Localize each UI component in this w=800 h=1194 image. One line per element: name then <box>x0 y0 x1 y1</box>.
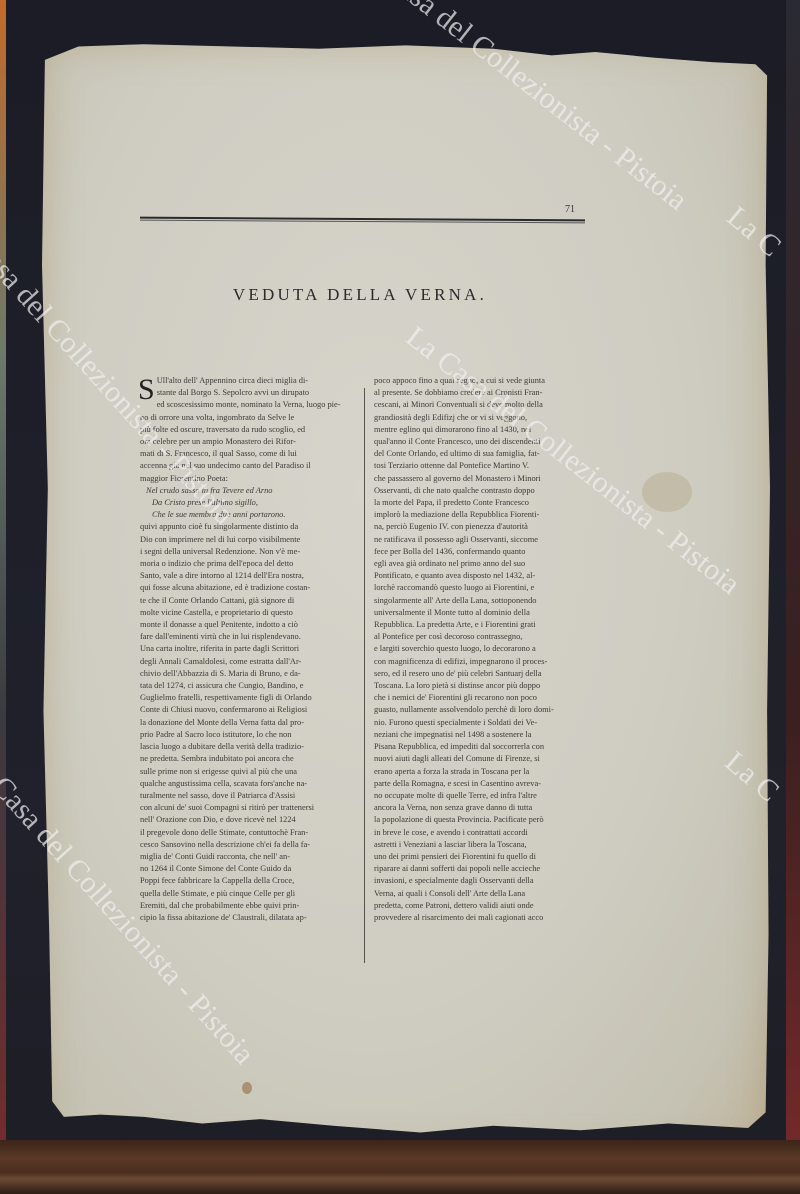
paper-stain <box>242 1082 252 1094</box>
left-edge-strip <box>0 0 6 1194</box>
paper-stain <box>642 472 692 512</box>
text-line: singolarmente all' Arte della Lana, sott… <box>374 595 589 607</box>
text-line: Che le sue membra due anni portarono. <box>140 509 360 521</box>
right-column-lines: poco appoco fino a qual segno, a cui si … <box>374 375 589 924</box>
text-line: Dio con imprimere nel di lui corpo visib… <box>140 534 360 546</box>
text-line: uno dei primi pensieri dei Fiorentini fu… <box>374 851 589 863</box>
text-line: Pontificato, e quanto avea disposto nel … <box>374 570 589 582</box>
text-line: quella delle Stimate, e più cinque Celle… <box>140 888 360 900</box>
text-line: monte il donasse a quel Penitente, indot… <box>140 619 360 631</box>
text-line: Nel crudo sasso in fra Tevere ed Arno <box>140 485 360 497</box>
text-line: na, perciò Eugenio IV. con pienezza d'au… <box>374 521 589 533</box>
text-line: tata del 1274, ci assicura che Cungio, B… <box>140 680 360 692</box>
text-line: ne ratificava il possesso agli Osservant… <box>374 534 589 546</box>
text-line: con alcuni de' suoi Compagni si ritirò p… <box>140 802 360 814</box>
text-line: ancora la Verna, non senza grave danno d… <box>374 802 589 814</box>
text-line: ed scoscesissimo monte, nominato la Vern… <box>157 399 360 411</box>
text-line: implorò la mediazione della Repubblica F… <box>374 509 589 521</box>
text-line: grandiosità degli Edifizj che or vi si v… <box>374 412 589 424</box>
page-number: 71 <box>565 204 575 215</box>
text-line: predetta, come Patroni, dettero validi a… <box>374 900 589 912</box>
text-line: erano aperta a forza la strada in Toscan… <box>374 766 589 778</box>
text-line: nell' Orazione con Dio, e dove ricevè ne… <box>140 814 360 826</box>
text-line: provvedere al risarcimento dei mali cagi… <box>374 912 589 924</box>
text-line: parte della Romagna, e scesi in Casentin… <box>374 778 589 790</box>
text-line: stante dal Borgo S. Sepolcro avvi un dir… <box>157 387 360 399</box>
left-column-lines: Ull'alto dell' Appennino circa dieci mig… <box>140 375 360 924</box>
text-line: Repubblica. La predetta Arte, e i Fioren… <box>374 619 589 631</box>
text-line: guasto, nullamente assolvendolo perchè d… <box>374 704 589 716</box>
text-line: cesco Sansovino nella descrizione ch'ei … <box>140 839 360 851</box>
text-line: no di orrore una volta, ingombrato da Se… <box>140 412 360 424</box>
text-line: Osservanti, di che nato qualche contrast… <box>374 485 589 497</box>
text-line: sulle prime non si erigesse quivi al più… <box>140 766 360 778</box>
text-line: mati di S. Francesco, il qual Sasso, com… <box>140 448 360 460</box>
column-divider <box>364 388 365 963</box>
wooden-frame-bottom <box>0 1140 800 1194</box>
page-title: VEDUTA DELLA VERNA. <box>130 285 590 305</box>
text-line: del Conte Orlando, ed ultimo di sua fami… <box>374 448 589 460</box>
text-line: Guglielmo fratelli, respettivamente figl… <box>140 692 360 704</box>
text-column-left: S Ull'alto dell' Appennino circa dieci m… <box>140 375 360 924</box>
text-line: cipio la fissa abitazione de' Claustrali… <box>140 912 360 924</box>
text-line: universalmente il Monte tutto al dominio… <box>374 607 589 619</box>
text-line: Verna, ai quali i Consoli dell' Arte del… <box>374 888 589 900</box>
text-line: Ull'alto dell' Appennino circa dieci mig… <box>157 375 360 387</box>
text-line: no occupate molte di quelle Terre, ed in… <box>374 790 589 802</box>
text-line: maggior Fiorentino Poeta: <box>140 473 360 485</box>
text-line: ne predetta. Sembra indubitato poi ancor… <box>140 753 360 765</box>
text-line: tosi Terziario ottenne dal Pontefice Mar… <box>374 460 589 472</box>
text-line: poco appoco fino a qual segno, a cui si … <box>374 375 589 387</box>
text-line: al presente. Se dobbiamo credere ai Cron… <box>374 387 589 399</box>
text-line: nuovi aiuti dagli alleati del Comune di … <box>374 753 589 765</box>
text-line: Toscana. La loro pietà si distinse ancor… <box>374 680 589 692</box>
text-line: qui fosse alcuna abitazione, ed è tradiz… <box>140 582 360 594</box>
text-line: Da Cristo prese l'ultimo sigillo, <box>140 497 360 509</box>
text-line: più folte ed oscure, traversato da rudo … <box>140 424 360 436</box>
text-line: la popolazione di questa Provincia. Paci… <box>374 814 589 826</box>
text-line: e largiti soverchio questo luogo, lo dec… <box>374 643 589 655</box>
text-line: prio Padre al Sacro loco istitutore, lo … <box>140 729 360 741</box>
text-line: quivi appunto cioè fu singolarmente dist… <box>140 521 360 533</box>
text-line: miglia de' Conti Guidi racconta, che nel… <box>140 851 360 863</box>
text-line: sero, ed il resero uno de' più celebri S… <box>374 668 589 680</box>
text-line: accenna già nel suo undecimo canto del P… <box>140 460 360 472</box>
text-line: con magnificenza di edifizi, impegnarono… <box>374 656 589 668</box>
text-line: astretti i Veneziani a lasciar libera la… <box>374 839 589 851</box>
text-line: no 1264 il Conte Simone del Conte Guido … <box>140 863 360 875</box>
text-line: in breve le cose, e avendo i contrattati… <box>374 827 589 839</box>
text-line: molte vicine Castella, e proprietario di… <box>140 607 360 619</box>
text-line: Santo, vale a dire intorno al 1214 dell'… <box>140 570 360 582</box>
text-line: moria o indizio che prima dell'epoca del… <box>140 558 360 570</box>
text-column-right: poco appoco fino a qual segno, a cui si … <box>374 375 589 924</box>
text-line: degli Annali Camaldolesi, come estratta … <box>140 656 360 668</box>
text-line: lascia luogo a dubitare della verità del… <box>140 741 360 753</box>
text-line: chivio dell'Abbazzia di S. Maria di Brun… <box>140 668 360 680</box>
text-line: cescani, ai Minori Conventuali si deve m… <box>374 399 589 411</box>
text-line: te che il Conte Orlando Cattani, già sig… <box>140 595 360 607</box>
text-line: il pregevole dono delle Stimate, contutt… <box>140 827 360 839</box>
text-line: riparare ai danni sofferti dai popoli ne… <box>374 863 589 875</box>
text-line: invasioni, e specialmente dagli Osservan… <box>374 875 589 887</box>
text-line: qualche angustissima cella, scavata fors… <box>140 778 360 790</box>
text-line: qual'anno il Conte Francesco, uno dei di… <box>374 436 589 448</box>
text-line: turalmente nel sasso, dove il Patriarca … <box>140 790 360 802</box>
text-line: lorchè raccomandò questo luogo ai Fioren… <box>374 582 589 594</box>
text-line: neziani che impegnatisi nel 1498 a soste… <box>374 729 589 741</box>
drop-cap: S <box>138 377 155 403</box>
text-line: la donazione del Monte della Verna fatta… <box>140 717 360 729</box>
right-edge-strip <box>786 0 800 1194</box>
text-line: Pisana Repubblica, ed impediti dal socco… <box>374 741 589 753</box>
text-line: Conte di Chiusi nuovo, confermarono ai R… <box>140 704 360 716</box>
text-line: fare dall'eminenti virtù che in lui risp… <box>140 631 360 643</box>
text-line: mentre eglino qui dimorarono fino al 143… <box>374 424 589 436</box>
text-line: che passassero al governo del Monastero … <box>374 473 589 485</box>
text-line: Poppi fece fabbricare la Cappella della … <box>140 875 360 887</box>
text-line: che i nemici de' Fiorentini gli recarono… <box>374 692 589 704</box>
text-line: Una carta inoltre, riferita in parte dag… <box>140 643 360 655</box>
text-line: ora celebre per un ampio Monastero dei R… <box>140 436 360 448</box>
text-line: al Pontefice per così decoroso contrasse… <box>374 631 589 643</box>
text-line: egli avea già ordinato nel primo anno de… <box>374 558 589 570</box>
text-line: Eremiti, dal che probabilmente ebbe quiv… <box>140 900 360 912</box>
text-line: la morte del Papa, il predetto Conte Fra… <box>374 497 589 509</box>
text-line: nio. Furono questi specialmente i Soldat… <box>374 717 589 729</box>
text-line: fece per Bolla del 1436, confermando qua… <box>374 546 589 558</box>
text-line: i segni della universal Redenzione. Non … <box>140 546 360 558</box>
